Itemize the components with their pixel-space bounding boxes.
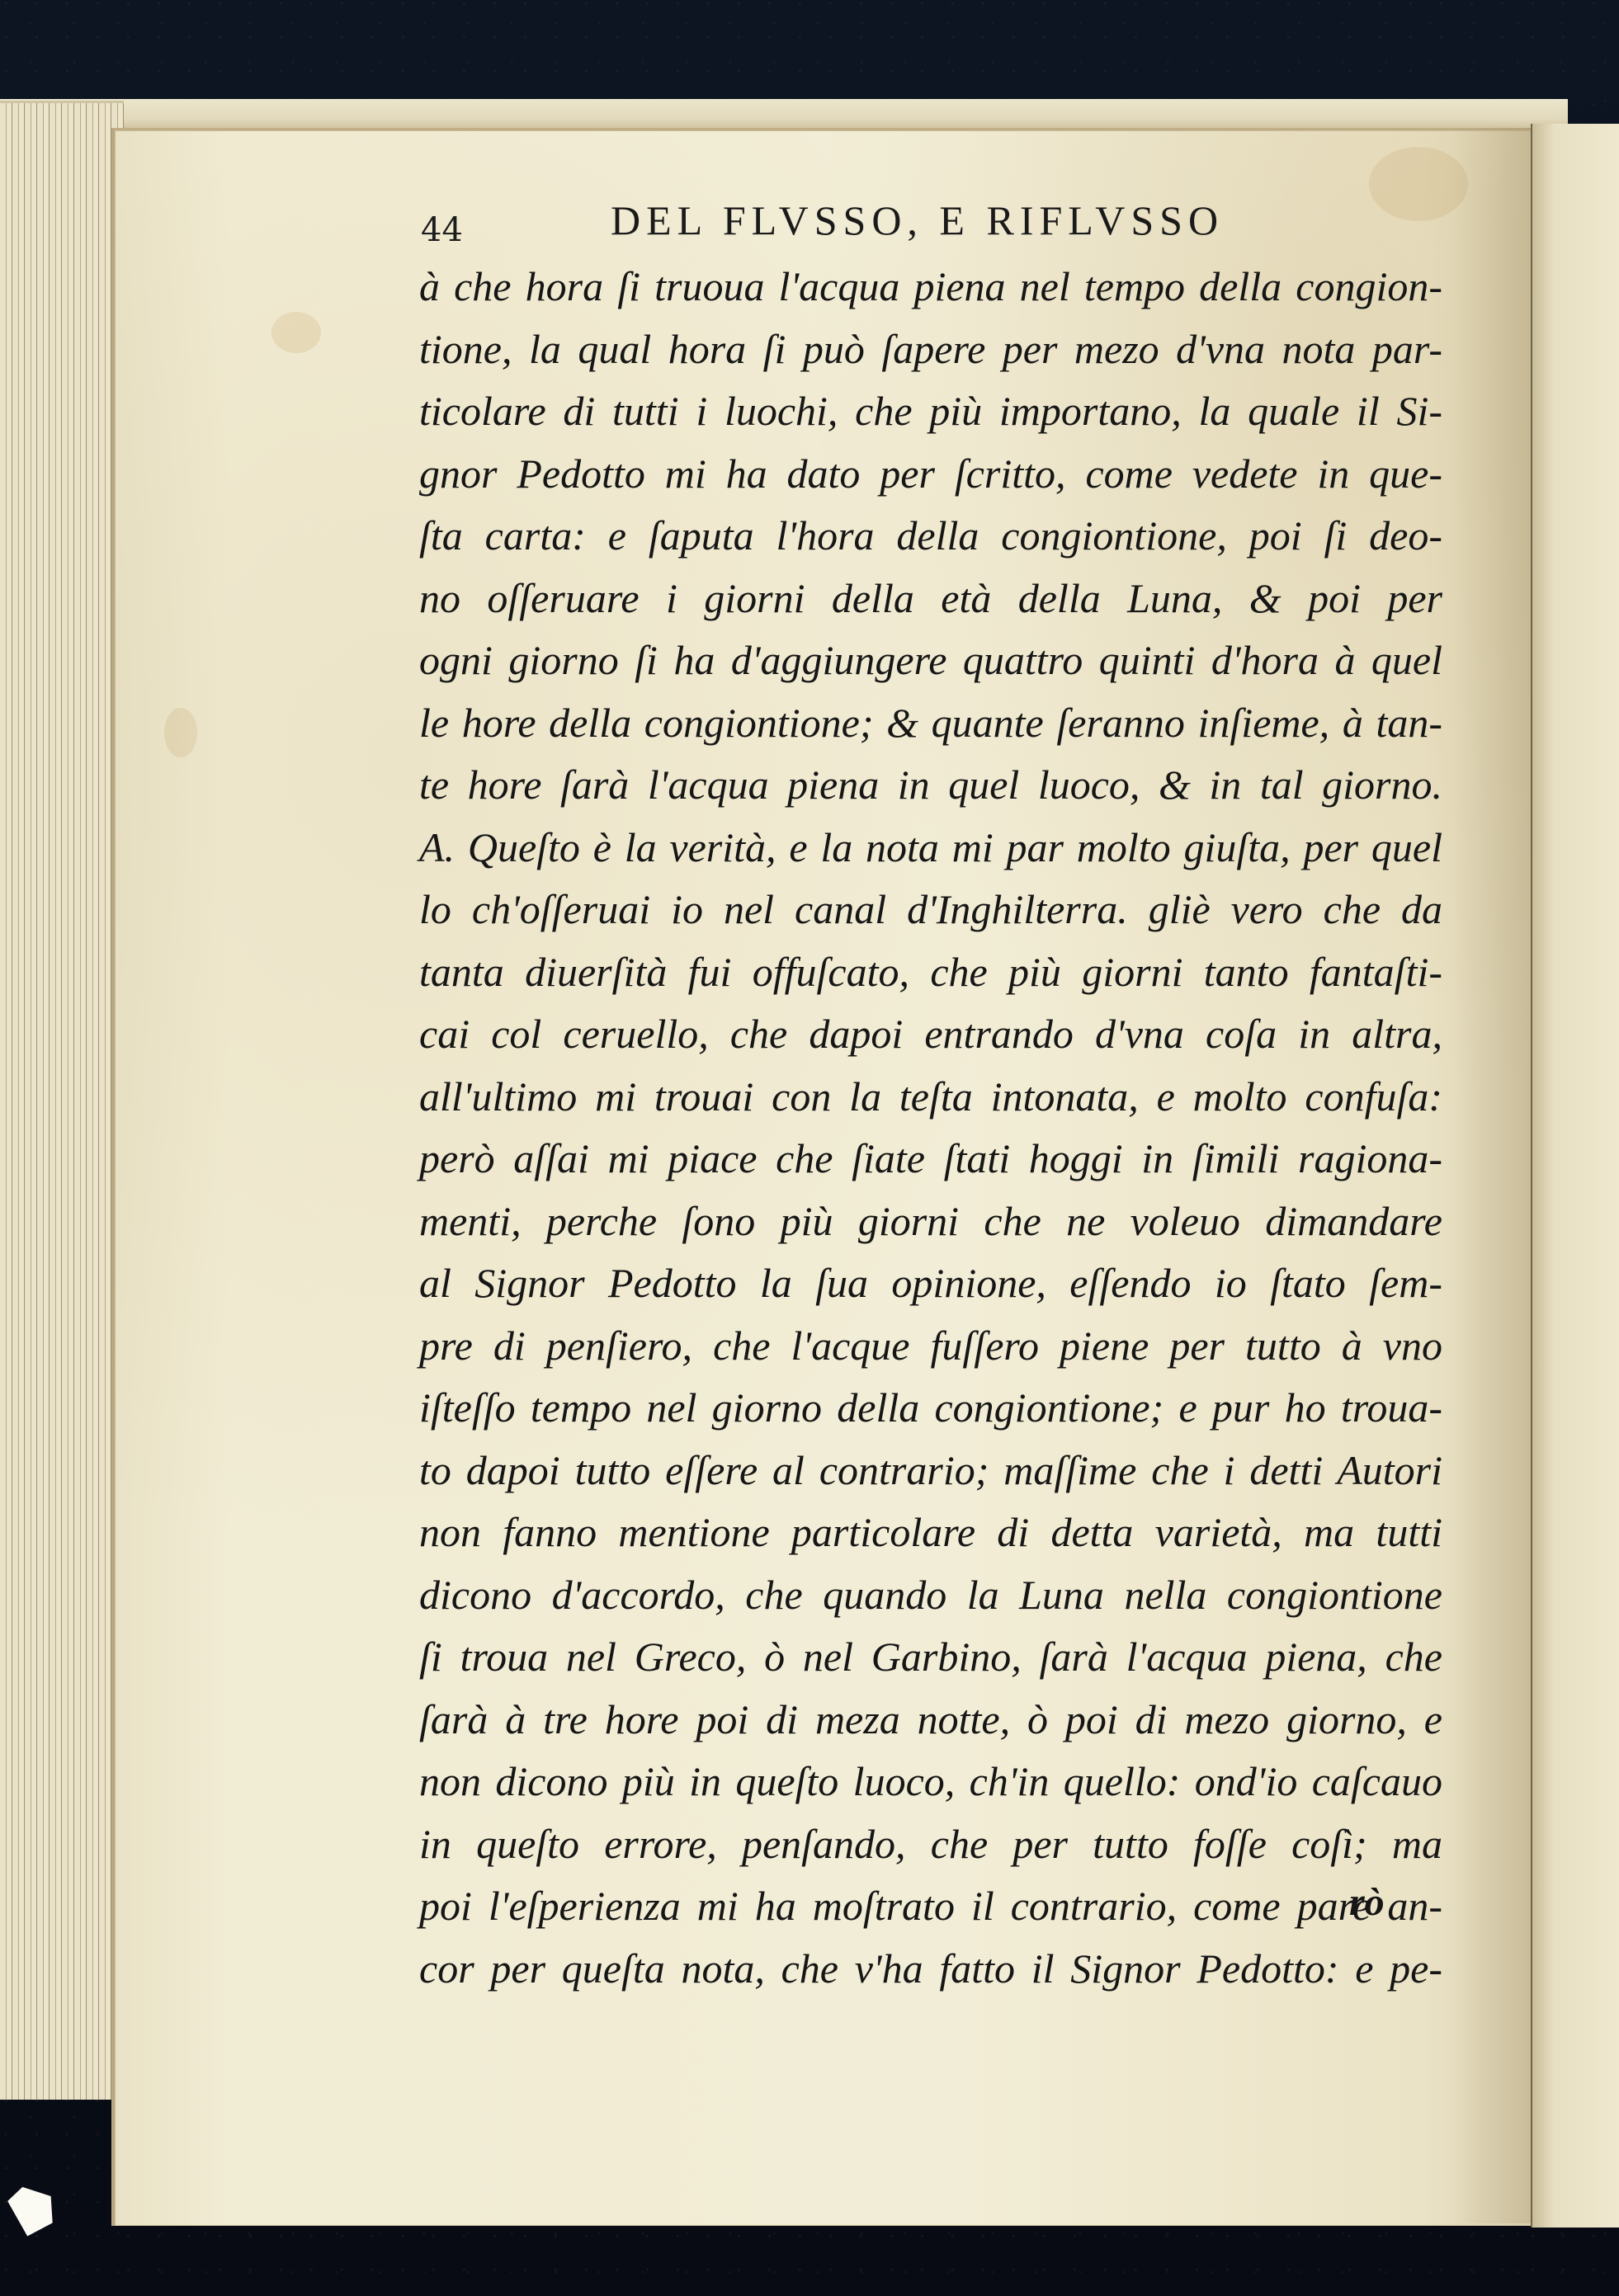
text-line: iſteſſo tempo nel giorno della congionti… xyxy=(419,1377,1442,1440)
text-line: cor per queſta nota, che v'ha fatto il S… xyxy=(419,1938,1442,2001)
text-line: cai col ceruello, che dapoi entrando d'v… xyxy=(419,1003,1442,1066)
text-line: A. Queſto è la verità, e la nota mi par … xyxy=(419,817,1442,879)
text-line: tione, la qual hora ſi può ſapere per me… xyxy=(419,318,1442,381)
body-text: à che hora ſi truoua l'acqua piena nel t… xyxy=(419,256,1442,2000)
text-line: ſi troua nel Greco, ò nel Garbino, ſarà … xyxy=(419,1626,1442,1689)
text-line: ſarà à tre hore poi di meza notte, ò poi… xyxy=(419,1689,1442,1751)
text-line: dicono d'accordo, che quando la Luna nel… xyxy=(419,1564,1442,1627)
foxing-stain xyxy=(271,312,321,353)
text-line: pre di penſiero, che l'acque fuſſero pie… xyxy=(419,1315,1442,1378)
text-line: menti, perche ſono più giorni che ne vol… xyxy=(419,1190,1442,1253)
text-line: te hore ſarà l'acqua piena in quel luoco… xyxy=(419,754,1442,817)
page-number: 44 xyxy=(421,211,463,249)
text-line: gnor Pedotto mi ha dato per ſcritto, com… xyxy=(419,443,1442,506)
text-line: però aſſai mi piace che ſiate ſtati hogg… xyxy=(419,1128,1442,1190)
text-line: le hore della congiontione; & quante ſer… xyxy=(419,692,1442,755)
gutter-shadow xyxy=(1452,128,1531,2223)
running-head: 44 DEL FLVSSO, E RIFLVSSO xyxy=(413,191,1452,249)
running-title: DEL FLVSSO, E RIFLVSSO xyxy=(611,196,1224,244)
catchword: rò xyxy=(1349,1879,1385,1925)
text-line: ogni giorno ſi ha d'aggiungere quattro q… xyxy=(419,629,1442,692)
facing-page-edge xyxy=(1531,124,1619,2228)
text-line: lo ch'oſſeruai io nel canal d'Inghilterr… xyxy=(419,879,1442,941)
text-line: to dapoi tutto eſſere al contrario; maſſ… xyxy=(419,1440,1442,1502)
text-line: al Signor Pedotto la ſua opinione, eſſen… xyxy=(419,1252,1442,1315)
text-line: non dicono più in queſto luoco, ch'in qu… xyxy=(419,1751,1442,1813)
text-line: no oſſeruare i giorni della età della Lu… xyxy=(419,568,1442,630)
text-line: in queſto errore, penſando, che per tutt… xyxy=(419,1813,1442,1876)
text-line: tanta diuerſità fui offuſcato, che più g… xyxy=(419,941,1442,1004)
text-line: all'ultimo mi trouai con la teſta intona… xyxy=(419,1066,1442,1129)
page-stack-fore-edge xyxy=(0,101,124,2100)
text-line: ſta carta: e ſaputa l'hora della congion… xyxy=(419,505,1442,568)
text-line: à che hora ſi truoua l'acqua piena nel t… xyxy=(419,256,1442,318)
text-line: poi l'eſperienza mi ha moſtrato il contr… xyxy=(419,1875,1442,1938)
text-line: non fanno mentione particolare di detta … xyxy=(419,1502,1442,1564)
foxing-stain xyxy=(164,708,197,757)
text-line: ticolare di tutti i luochi, che più impo… xyxy=(419,380,1442,443)
